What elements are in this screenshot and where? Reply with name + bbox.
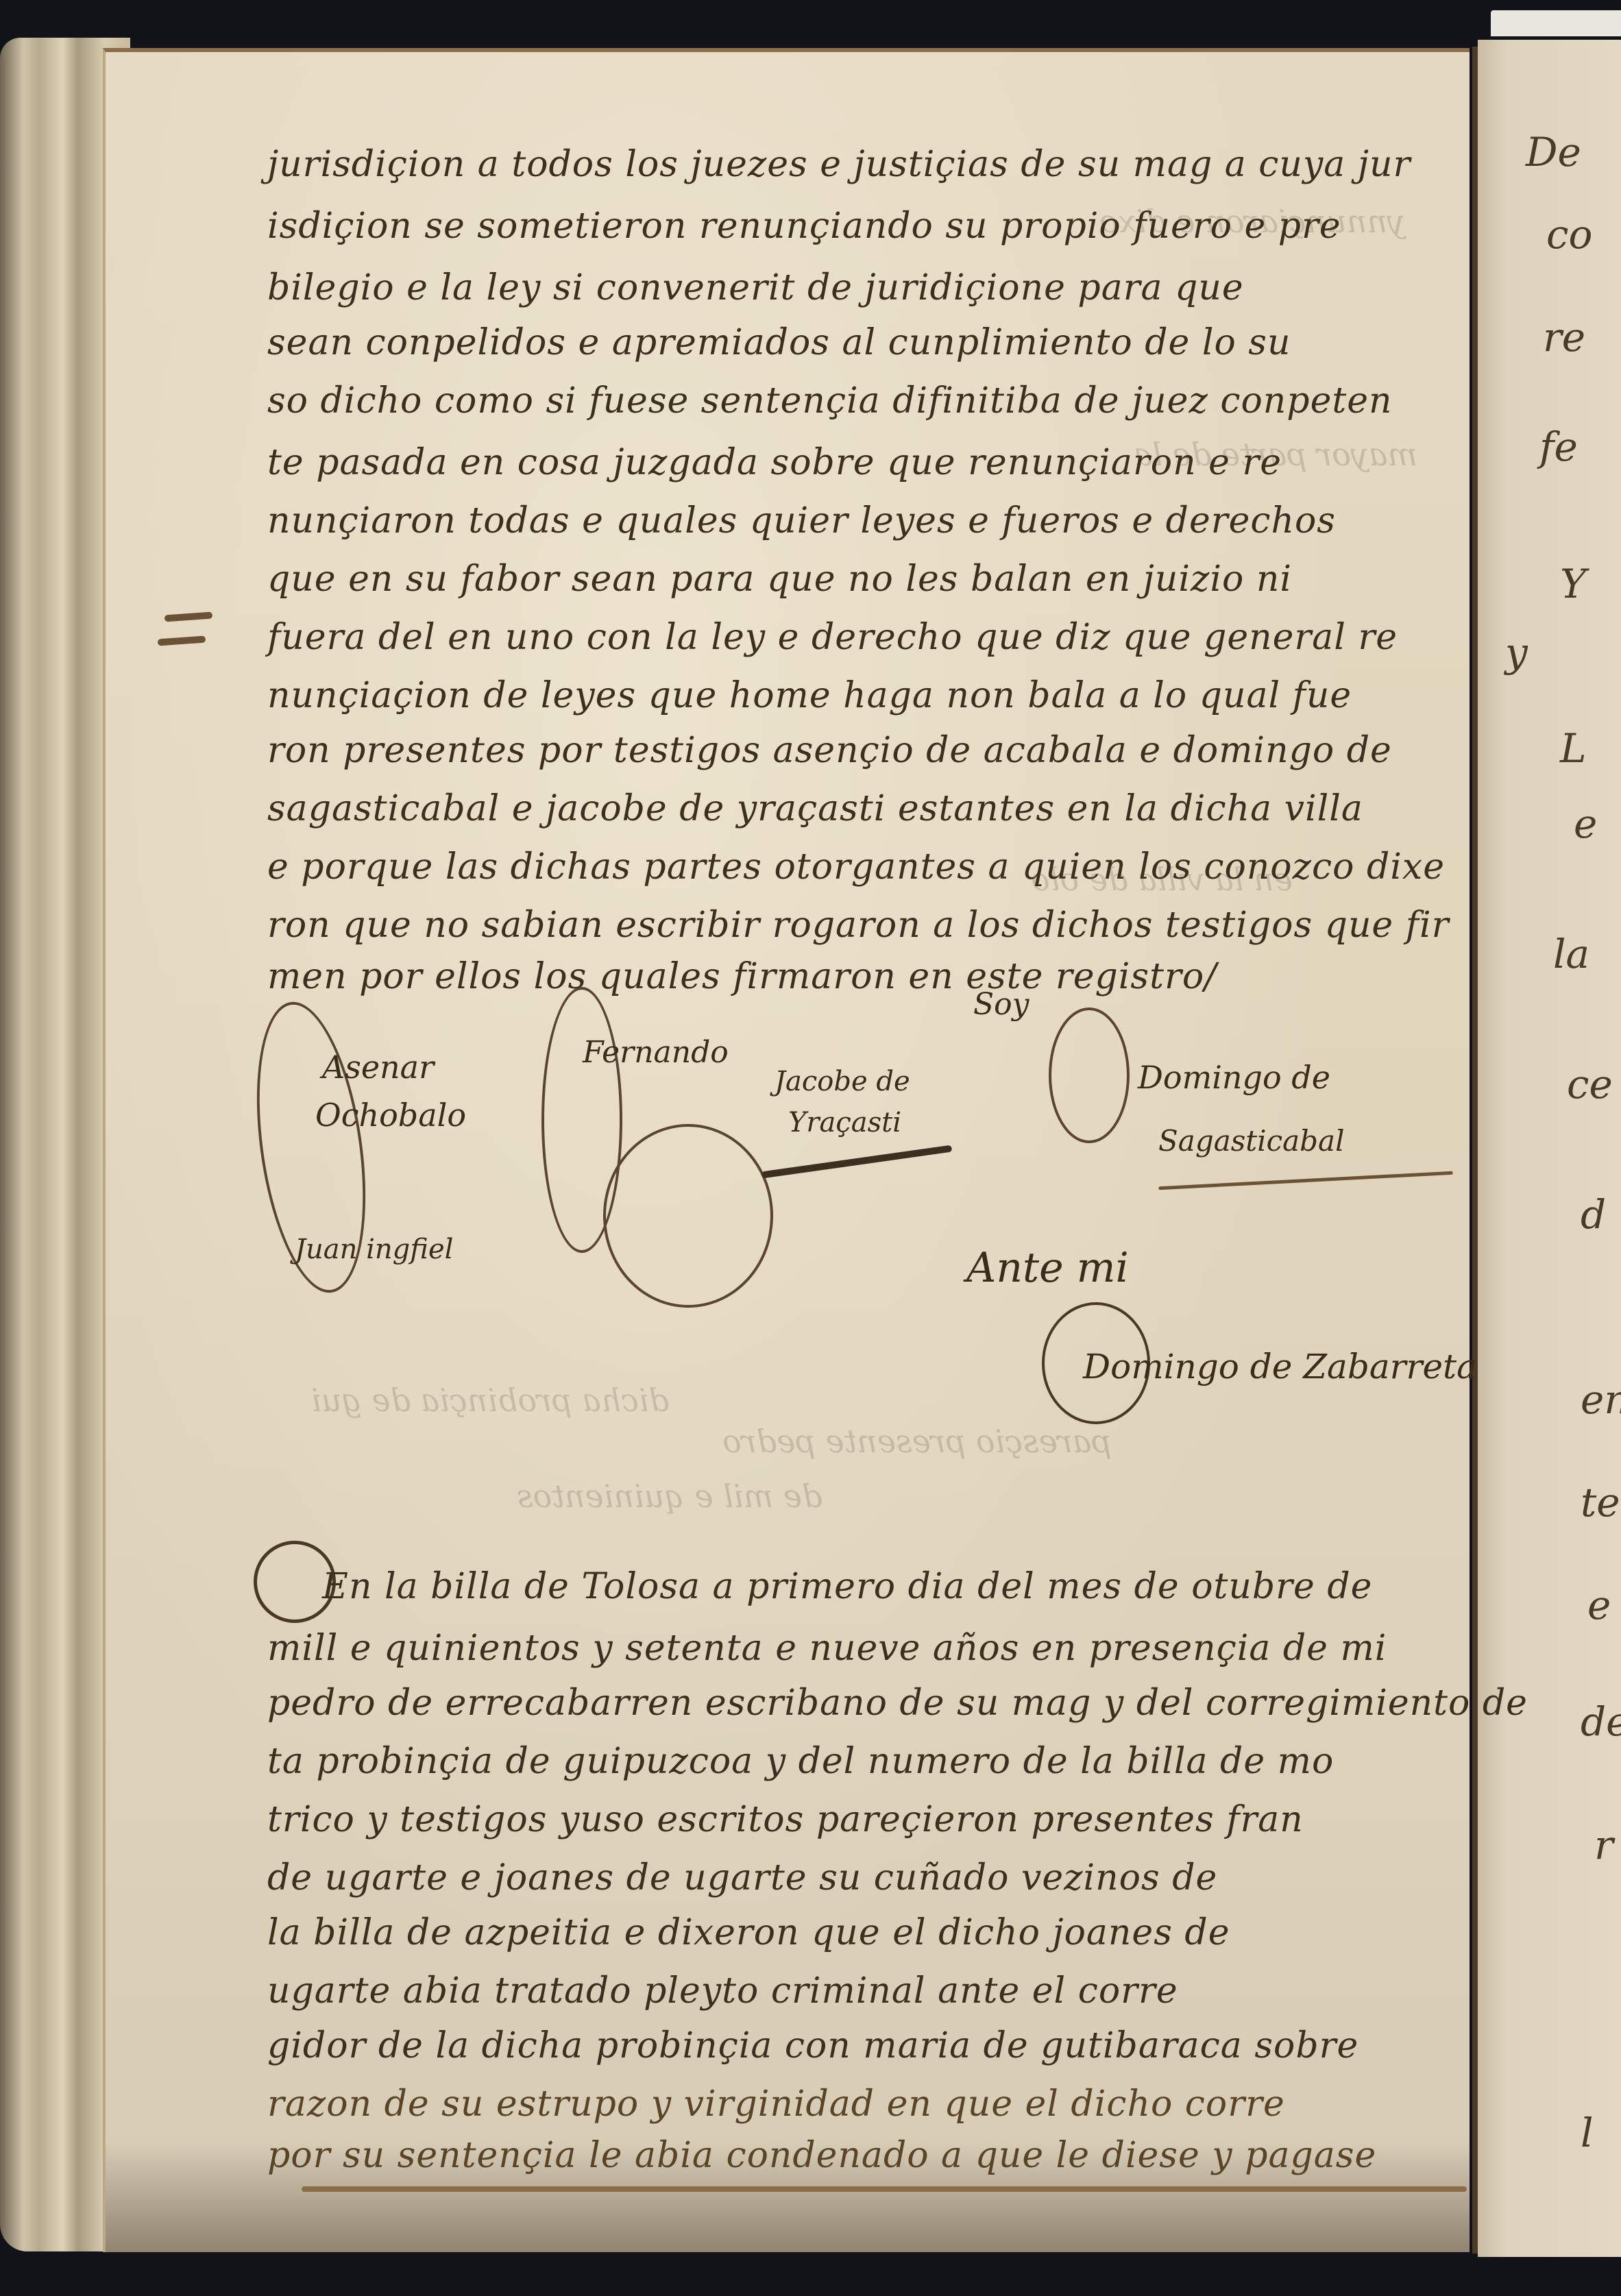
bottom-ink-line xyxy=(302,2186,1467,2192)
bleed-through-text: paresçio presente pedro xyxy=(722,1423,1112,1460)
facing-text-fragment: e xyxy=(1574,801,1597,847)
text-line: trico y testigos yuso escritos pareçiero… xyxy=(267,1799,1304,1840)
text-line: En la billa de Tolosa a primero dia del … xyxy=(322,1566,1372,1607)
text-line: gidor de la dicha probinçia con maria de… xyxy=(267,2025,1358,2066)
signature-flourish xyxy=(603,1124,773,1308)
gutter-fold xyxy=(1472,47,1478,2254)
signature-left-line2: Ochobalo xyxy=(315,1097,466,1134)
notary-signature: Domingo de Zabarreta xyxy=(1083,1347,1477,1387)
facing-text-fragment: l xyxy=(1581,2110,1594,2156)
signature-middle-top: Fernando xyxy=(583,1035,729,1070)
signature-middle-line2: Yraçasti xyxy=(788,1107,901,1138)
facing-text-fragment: e xyxy=(1587,1582,1611,1628)
text-line: bilegio e la ley si convenerit de juridi… xyxy=(267,267,1244,308)
signature-right-line1: Domingo de xyxy=(1138,1059,1330,1096)
text-line: ugarte abia tratado pleyto criminal ante… xyxy=(267,1970,1178,2012)
text-line: ta probinçia de guipuzcoa y del numero d… xyxy=(267,1741,1334,1782)
signature-right-line2: Sagasticabal xyxy=(1158,1124,1345,1158)
signature-right-top: Soy xyxy=(973,987,1029,1022)
facing-text-fragment: De xyxy=(1526,129,1581,175)
facing-text-fragment: la xyxy=(1553,931,1589,977)
text-line: ron que no sabian escribir rogaron a los… xyxy=(267,905,1449,946)
text-line: ron presentes por testigos asençio de ac… xyxy=(267,730,1392,771)
text-line: nunçiaron todas e quales quier leyes e f… xyxy=(267,500,1336,541)
text-line: la billa de azpeitia e dixeron que el di… xyxy=(267,1912,1230,1953)
bleed-through-text: dicha probinçia de gui xyxy=(311,1382,669,1419)
facing-text-fragment: r xyxy=(1594,1822,1613,1868)
text-line: e porque las dichas partes otorgantes a … xyxy=(267,846,1445,888)
text-line: mill e quinientos y setenta e nueve años… xyxy=(267,1628,1387,1669)
text-line: isdiçion se sometieron renunçiando su pr… xyxy=(267,206,1341,247)
facing-text-fragment: d xyxy=(1581,1191,1606,1238)
text-line: te pasada en cosa juzgada sobre que renu… xyxy=(267,442,1282,483)
text-line: pedro de errecabarren escribano de su ma… xyxy=(267,1683,1528,1724)
facing-text-fragment: L xyxy=(1560,725,1587,772)
text-line: de ugarte e joanes de ugarte su cuñado v… xyxy=(267,1857,1217,1898)
text-line: sean conpelidos e apremiados al cunplimi… xyxy=(267,322,1291,363)
text-line: men por ellos los quales firmaron en est… xyxy=(267,956,1217,997)
facing-page: De co re fe Y y L e la ce d en te e de r… xyxy=(1478,40,1621,2257)
facing-text-fragment: co xyxy=(1546,211,1592,258)
text-line: sagasticabal e jacobe de yraçasti estant… xyxy=(267,788,1363,829)
signature-middle-line1: Jacobe de xyxy=(775,1066,910,1097)
signature-flourish xyxy=(1049,1007,1130,1143)
facing-text-fragment: y xyxy=(1505,629,1528,676)
facing-text-fragment: ce xyxy=(1567,1061,1613,1108)
text-line: so dicho como si fuese sentençia difinit… xyxy=(267,380,1393,422)
facing-text-fragment: te xyxy=(1581,1479,1620,1526)
signature-left-line1: Asenar xyxy=(322,1049,434,1086)
signature-left-bottom: Juan ingfiel xyxy=(295,1234,453,1265)
text-line: razon de su estrupo y virginidad en que … xyxy=(267,2084,1285,2125)
notary-ante-mi: Ante mi xyxy=(966,1244,1129,1292)
bleed-through-text: de mil e quinientos xyxy=(517,1478,822,1515)
text-line: jurisdiçion a todos los juezes e justiçi… xyxy=(267,144,1411,185)
facing-text-fragment: de xyxy=(1581,1698,1621,1745)
text-line: que en su fabor sean para que no les bal… xyxy=(267,559,1292,600)
facing-text-fragment: en xyxy=(1581,1376,1621,1423)
text-line: por su sentençia le abia condenado a que… xyxy=(267,2135,1376,2176)
facing-text-fragment: fe xyxy=(1539,424,1578,470)
text-line: nunçiaçion de leyes que home haga non ba… xyxy=(267,675,1352,716)
facing-text-fragment: Y xyxy=(1560,561,1586,607)
text-line: fuera del en uno con la ley e derecho qu… xyxy=(267,617,1398,658)
facing-text-fragment: re xyxy=(1543,314,1585,361)
facing-page-tab xyxy=(1491,10,1621,36)
